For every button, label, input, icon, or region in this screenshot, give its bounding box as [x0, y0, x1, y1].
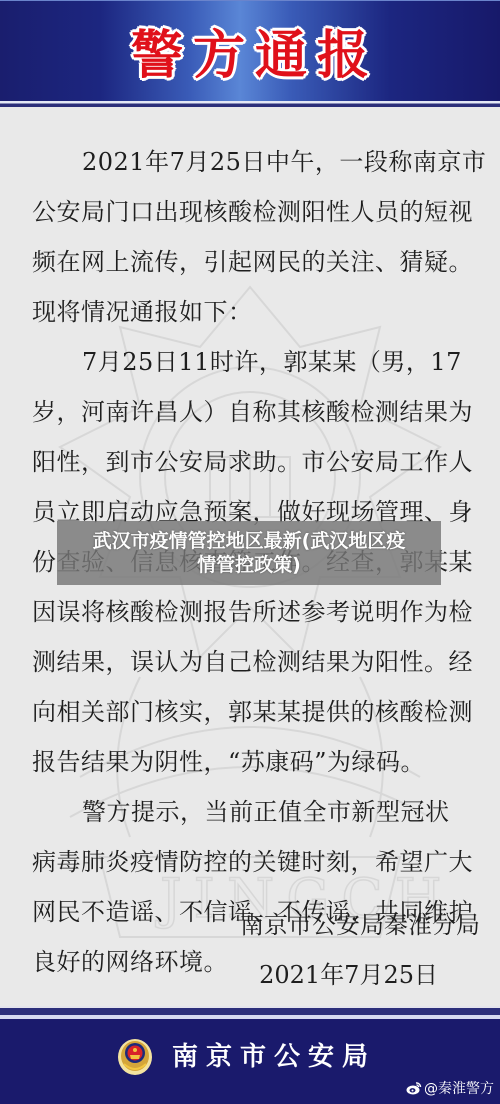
notice-line: 阳性，到市公安局求助。市公安局工作人 [32, 437, 472, 487]
notice-line: 向相关部门核实，郭某某提供的核酸检测 [32, 687, 472, 737]
weibo-icon [406, 1081, 422, 1095]
header-banner: 警方通报 [0, 0, 500, 101]
notice-line: 频在网上流传，引起网民的关注、猜疑。 [32, 237, 472, 287]
police-emblem-icon [116, 1036, 154, 1076]
footer-divider [0, 1006, 500, 1026]
notice-line: 7月25日11时许，郭某某（男，17 [32, 337, 472, 387]
notice-line: 病毒肺炎疫情防控的关键时刻，希望广大 [32, 837, 472, 887]
article-title-overlay[interactable]: 武汉市疫情管控地区最新(武汉地区疫 情管控政策) [57, 521, 441, 585]
weibo-handle: @秦淮警方 [424, 1078, 494, 1098]
header-title: 警方通报 [121, 13, 379, 88]
notice-line: 现将情况通报如下： [32, 287, 472, 337]
signature-organization: 南京市公安局秦淮分局 [220, 905, 480, 940]
footer-banner: 南京市公安局 @秦淮警方 [0, 1026, 500, 1104]
notice-line: 因误将核酸检测报告所述参考说明作为检 [32, 587, 472, 637]
notice-line: 警方提示，当前正值全市新型冠状 [32, 787, 472, 837]
weibo-watermark: @秦淮警方 [406, 1078, 494, 1098]
notice-line: 公安局门口出现核酸检测阳性人员的短视 [32, 187, 472, 237]
signature-date: 2021年7月25日 [178, 955, 438, 990]
notice-line: 2021年7月25日中午，一段称南京市 [32, 137, 472, 187]
notice-line: 岁，河南许昌人）自称其核酸检测结果为 [32, 387, 472, 437]
overlay-title-line-1: 武汉市疫情管控地区最新(武汉地区疫 [93, 529, 406, 553]
notice-line: 报告结果为阴性，“苏康码”为绿码。 [32, 737, 472, 787]
overlay-title-line-2: 情管控政策) [197, 553, 301, 577]
notice-line: 测结果，误认为自己检测结果为阳性。经 [32, 637, 472, 687]
footer-title: 南京市公安局 [172, 1036, 376, 1073]
